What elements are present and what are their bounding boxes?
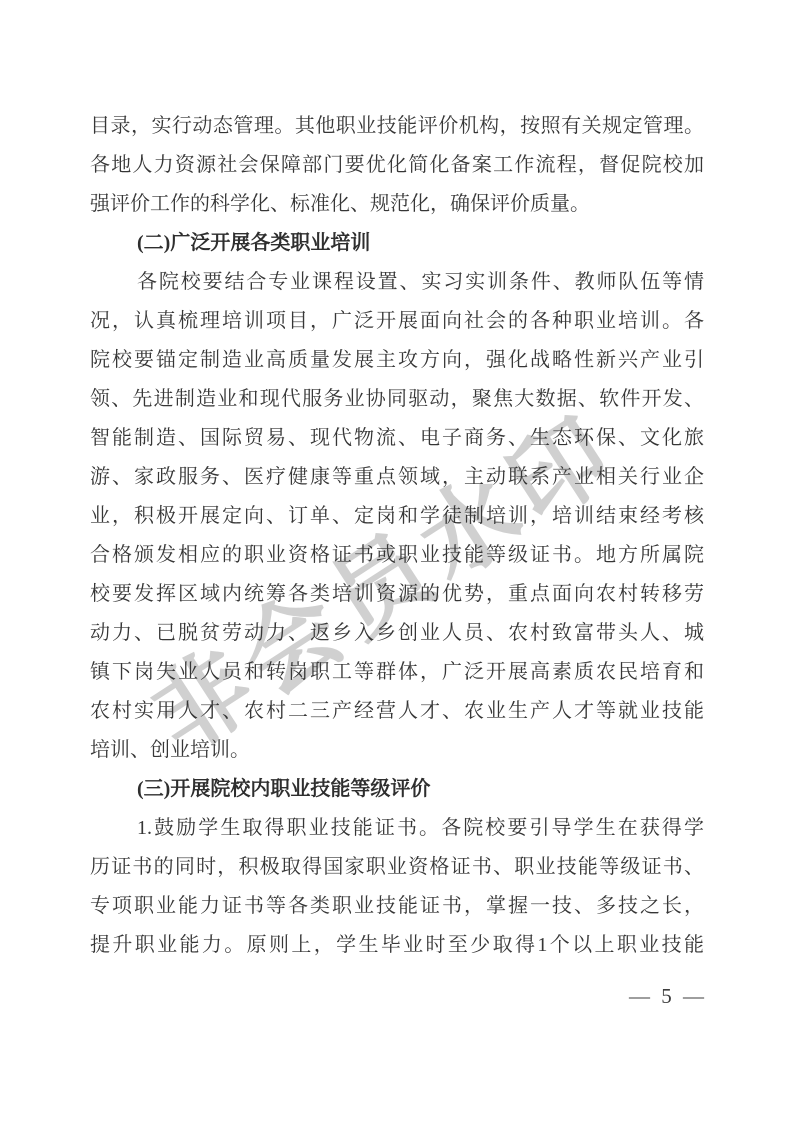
text-line: 目录，实行动态管理。其他职业技能评价机构，按照有关规定管理。 xyxy=(90,107,704,146)
section-heading: (三)开展院校内职业技能等级评价 xyxy=(90,770,704,809)
text-line: 况，认真梳理培训项目，广泛开展面向社会的各种职业培训。各 xyxy=(90,302,704,341)
text-line: 各院校要结合专业课程设置、实习实训条件、教师队伍等情 xyxy=(90,263,704,302)
text-line: 各地人力资源社会保障部门要优化简化备案工作流程，督促院校加 xyxy=(90,146,704,185)
text-line: 强评价工作的科学化、标准化、规范化，确保评价质量。 xyxy=(90,185,704,224)
text-line: 合格颁发相应的职业资格证书或职业技能等级证书。地方所属院 xyxy=(90,536,704,575)
section-heading: (二)广泛开展各类职业培训 xyxy=(90,224,704,263)
text-line: 培训、创业培训。 xyxy=(90,731,704,770)
text-line: 动力、已脱贫劳动力、返乡入乡创业人员、农村致富带头人、城 xyxy=(90,614,704,653)
text-line: 业，积极开展定向、订单、定岗和学徒制培训，培训结束经考核 xyxy=(90,497,704,536)
text-line: 提升职业能力。原则上，学生毕业时至少取得1个以上职业技能 xyxy=(90,926,704,965)
document-page: 非会员水印 目录，实行动态管理。其他职业技能评价机构，按照有关规定管理。各地人力… xyxy=(0,0,794,1123)
text-line: 1.鼓励学生取得职业技能证书。各院校要引导学生在获得学 xyxy=(90,809,704,848)
page-number: — 5 — xyxy=(629,984,707,1009)
text-line: 专项职业能力证书等各类职业技能证书，掌握一技、多技之长， xyxy=(90,887,704,926)
text-line: 院校要锚定制造业高质量发展主攻方向，强化战略性新兴产业引 xyxy=(90,341,704,380)
text-line: 智能制造、国际贸易、现代物流、电子商务、生态环保、文化旅 xyxy=(90,419,704,458)
text-line: 校要发挥区域内统筹各类培训资源的优势，重点面向农村转移劳 xyxy=(90,575,704,614)
document-content: 目录，实行动态管理。其他职业技能评价机构，按照有关规定管理。各地人力资源社会保障… xyxy=(90,107,704,965)
text-line: 农村实用人才、农村二三产经营人才、农业生产人才等就业技能 xyxy=(90,692,704,731)
text-line: 镇下岗失业人员和转岗职工等群体，广泛开展高素质农民培育和 xyxy=(90,653,704,692)
text-line: 领、先进制造业和现代服务业协同驱动，聚焦大数据、软件开发、 xyxy=(90,380,704,419)
text-line: 历证书的同时，积极取得国家职业资格证书、职业技能等级证书、 xyxy=(90,848,704,887)
text-line: 游、家政服务、医疗健康等重点领域，主动联系产业相关行业企 xyxy=(90,458,704,497)
